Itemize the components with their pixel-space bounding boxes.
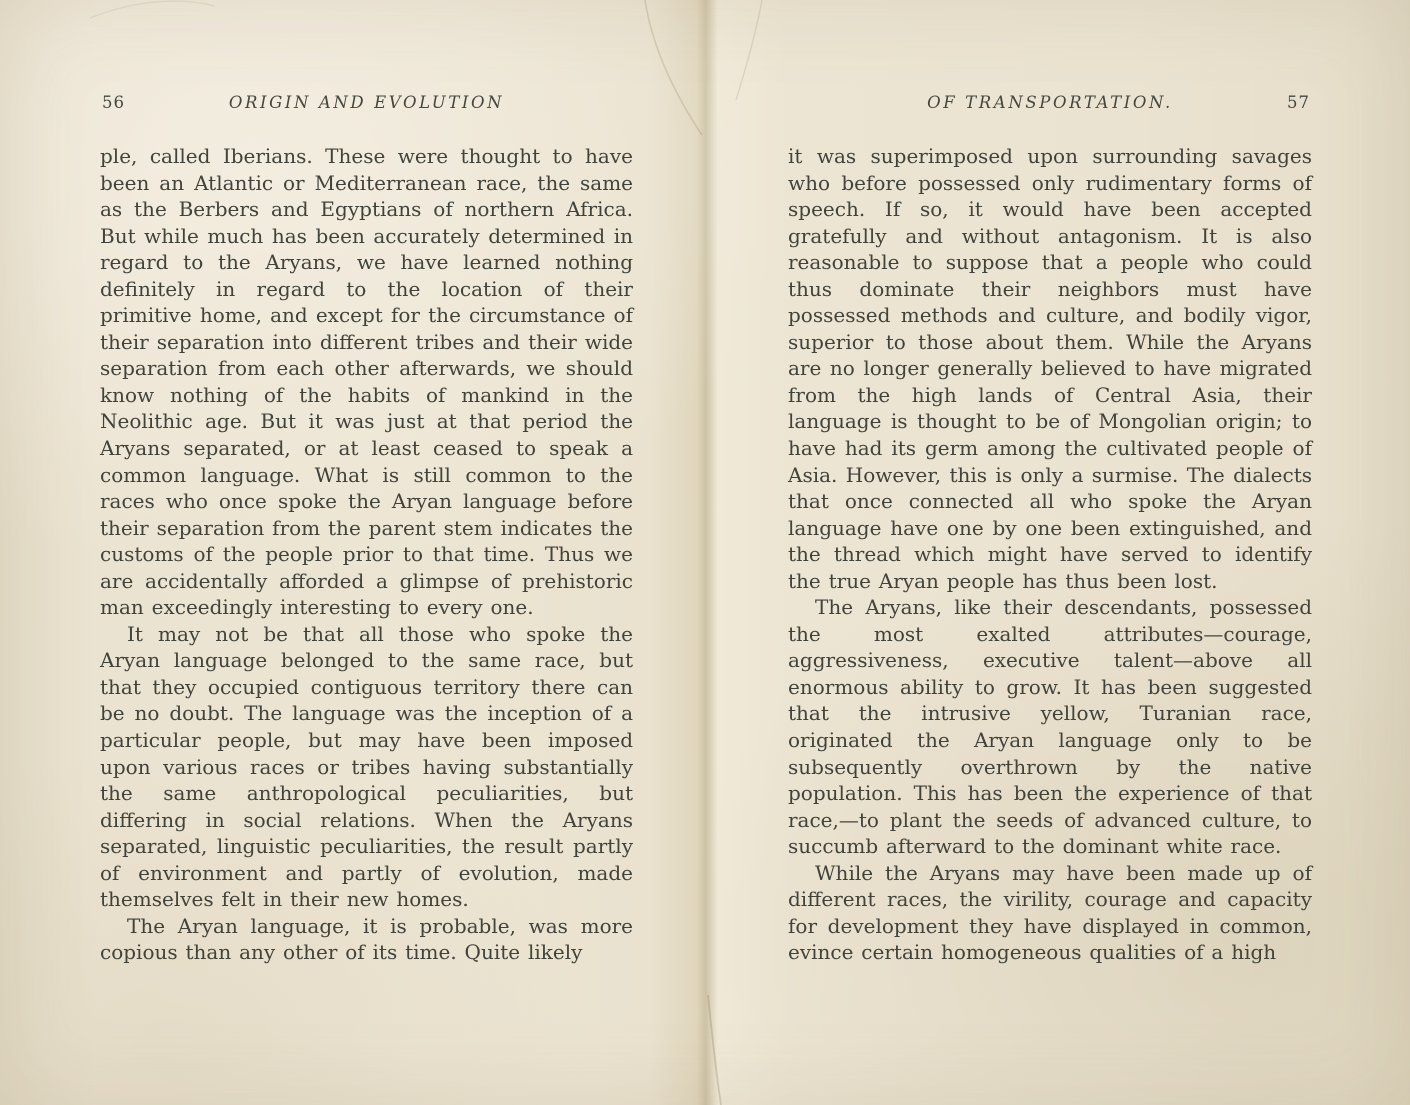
right-page-header: OF TRANSPORTATION. 57 (788, 93, 1312, 117)
left-page-number: 56 (102, 93, 125, 112)
left-page-body: ple, called Iberians. These were thought… (100, 143, 633, 966)
left-running-header: ORIGIN AND EVOLUTION (100, 93, 633, 112)
paragraph: It may not be that all those who spoke t… (100, 621, 633, 913)
left-page: 56 ORIGIN AND EVOLUTION ple, called Iber… (100, 93, 633, 966)
paragraph: The Aryans, like their descendants, poss… (788, 594, 1312, 859)
right-page-number: 57 (1287, 93, 1310, 112)
right-page: OF TRANSPORTATION. 57 it was superimpose… (788, 93, 1312, 966)
paragraph: While the Aryans may have been made up o… (788, 860, 1312, 966)
paragraph: it was superimposed upon surrounding sav… (788, 143, 1312, 594)
right-page-body: it was superimposed upon surrounding sav… (788, 143, 1312, 966)
paragraph: The Aryan language, it is probable, was … (100, 913, 633, 966)
book-spread: 56 ORIGIN AND EVOLUTION ple, called Iber… (0, 0, 1410, 1105)
right-running-header: OF TRANSPORTATION. (788, 93, 1312, 112)
paragraph: ple, called Iberians. These were thought… (100, 143, 633, 621)
left-page-header: 56 ORIGIN AND EVOLUTION (100, 93, 633, 117)
